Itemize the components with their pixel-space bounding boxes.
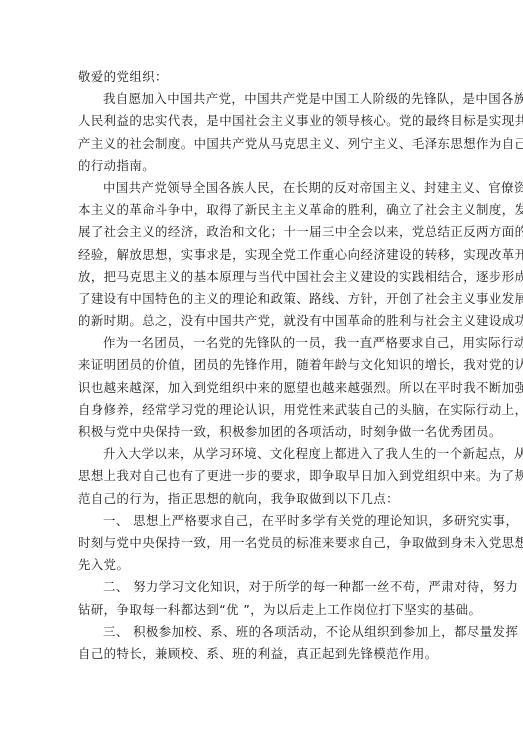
paragraph-line: 自身修养，经常学习党的理论认识，用党性来武装自己的头脑，在实际行动上， (78, 399, 449, 421)
paragraph-line: 展了社会主义的经济，政治和文化；十一届三中全会以来，党总结正反两方面的 (78, 221, 449, 243)
paragraph-first-line: 二、 努力学习文化知识，对于所学的每一种都一丝不苟，严肃对待，努力 (78, 576, 449, 598)
paragraph-line: 思想上我对自己也有了更进一步的要求，即争取早日加入到党组织中来。为了规 (78, 465, 449, 487)
document-body: 我自愿加入中国共产党，中国共产党是中国工人阶级的先锋队，是中国各族人民利益的忠实… (78, 88, 449, 665)
paragraph-first-line: 作为一名团员，一名党的先锋队的一员，我一直严格要求自己，用实际行动 (78, 332, 449, 354)
paragraph-line: 的新时期。总之，没有中国共产党，就没有中国革命的胜利与社会主义建设成功。 (78, 310, 449, 332)
paragraph-line: 来证明团员的价值，团员的先锋作用，随着年龄与文化知识的增长，我对党的认 (78, 354, 449, 376)
paragraph-line: 识也越来越深，加入到党组织中来的愿望也越来越强烈。所以在平时我不断加强 (78, 377, 449, 399)
paragraph-line: 积极与党中央保持一致，积极参加团的各项活动，时刻争做一名优秀团员。 (78, 421, 449, 443)
paragraph-line: 的行动指南。 (78, 155, 449, 177)
paragraph-line: 本主义的革命斗争中，取得了新民主主义革命的胜利，确立了社会主义制度，发 (78, 199, 449, 221)
paragraph-line: 产主义的社会制度。中国共产党从马克思主义、列宁主义、毛泽东思想作为自己 (78, 133, 449, 155)
paragraph-first-line: 三、 积极参加校、系、班的各项活动，不论从组织到参加上，都尽量发挥 (78, 621, 449, 643)
paragraph-first-line: 一、 思想上严格要求自己，在平时多学有关党的理论知识，多研究实事， (78, 510, 449, 532)
paragraph-first-line: 升入大学以来，从学习环境、文化程度上都进入了我人生的一个新起点，从 (78, 443, 449, 465)
paragraph-line: 范自己的行为，指正思想的航向，我争取做到以下几点： (78, 488, 449, 510)
paragraph-line: 自己的特长，兼顾校、系、班的利益，真正起到先锋模范作用。 (78, 643, 449, 665)
document-page: 敬爱的党组织： 我自愿加入中国共产党，中国共产党是中国工人阶级的先锋队，是中国各… (78, 66, 449, 665)
salutation: 敬爱的党组织： (78, 66, 449, 88)
paragraph-line: 人民利益的忠实代表，是中国社会主义事业的领导核心。党的最终目标是实现共 (78, 110, 449, 132)
paragraph-line: 钻研，争取每一科都达到“优 ”，为以后走上工作岗位打下坚实的基础。 (78, 599, 449, 621)
paragraph-first-line: 中国共产党领导全国各族人民，在长期的反对帝国主义、封建主义、官僚资 (78, 177, 449, 199)
paragraph-line: 先入党。 (78, 554, 449, 576)
paragraph-line: 经验，解放思想，实事求是，实现全党工作重心向经济建设的转移，实现改革开 (78, 244, 449, 266)
paragraph-line: 放，把马克思主义的基本原理与当代中国社会主义建设的实践相结合，逐步形成 (78, 266, 449, 288)
paragraph-first-line: 我自愿加入中国共产党，中国共产党是中国工人阶级的先锋队，是中国各族 (78, 88, 449, 110)
paragraph-line: 时刻与党中央保持一致，用一名党员的标准来要求自己，争取做到身未入党思想 (78, 532, 449, 554)
paragraph-line: 了建设有中国特色的主义的理论和政策、路线、方针，开创了社会主义事业发展 (78, 288, 449, 310)
